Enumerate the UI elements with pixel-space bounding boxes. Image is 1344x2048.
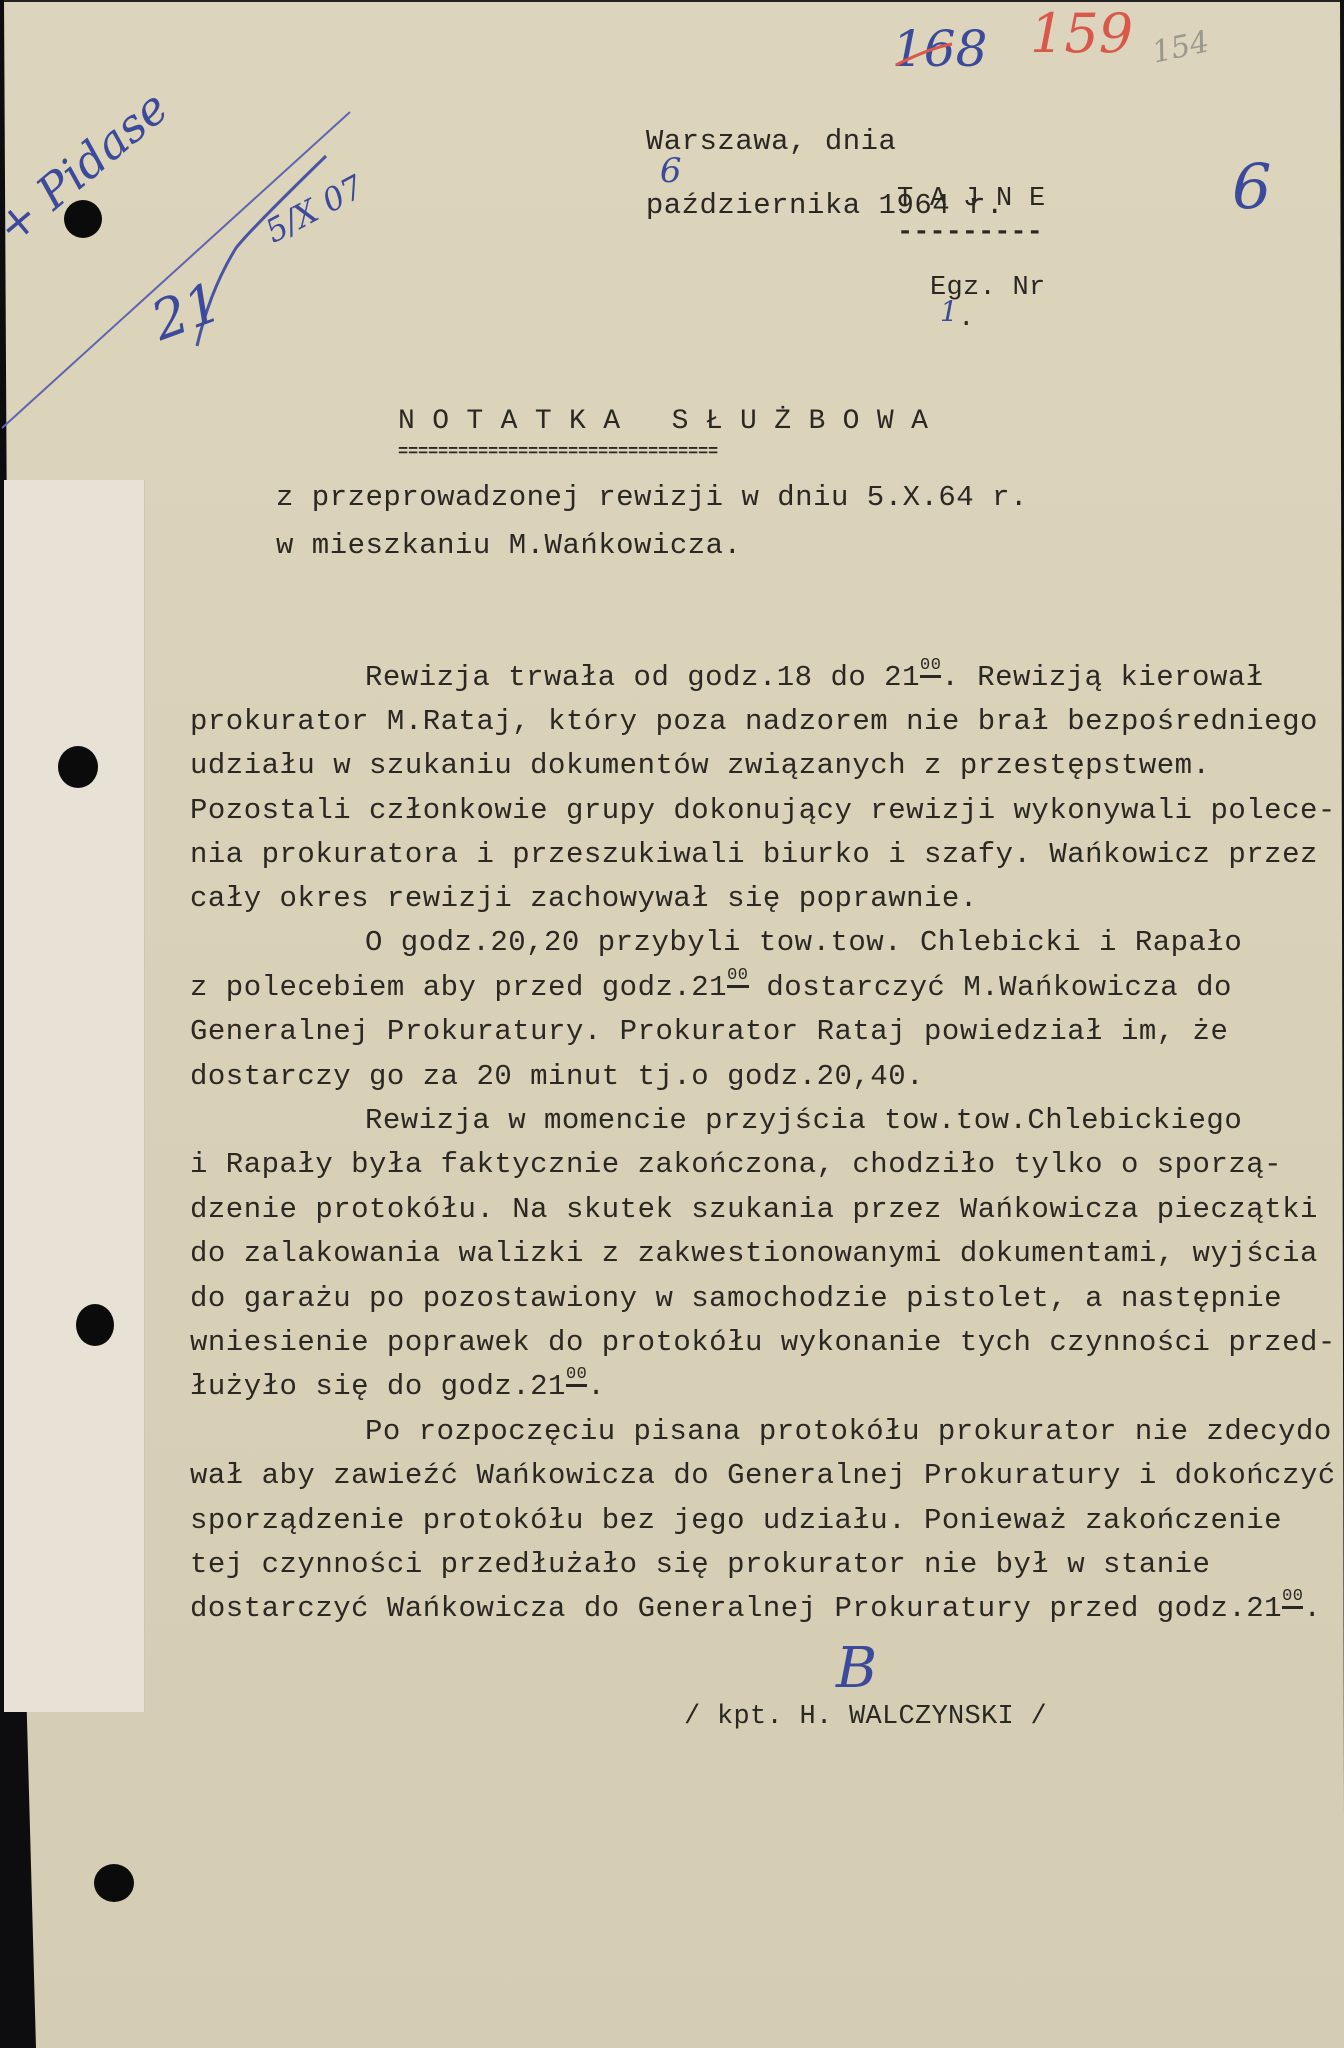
punch-hole-2 bbox=[58, 746, 98, 788]
margin-diagonal-lines bbox=[0, 0, 400, 460]
punch-hole-bottom bbox=[94, 1864, 134, 1902]
body-p3-line-1: Rewizja w momencie przyjścia tow.tow.Chl… bbox=[365, 1106, 1242, 1135]
body-p2-line-1: O godz.20,20 przybyli tow.tow. Chlebicki… bbox=[365, 928, 1242, 957]
copy-number-handwritten: 1 bbox=[930, 295, 958, 328]
p4-line5-text: dostarczyć Wańkowicza do Generalnej Prok… bbox=[190, 1592, 1282, 1625]
body-p2-line-2: z polecebiem aby przed godz.2100 dostarc… bbox=[190, 973, 1232, 1002]
body-p4-line-4: tej czynności przedłużało się prokurator… bbox=[190, 1550, 1210, 1579]
p2-line2-text: z polecebiem aby przed godz.21 bbox=[190, 971, 727, 1004]
body-p1-line-5: nia prokuratora i przeszukiwali biurko i… bbox=[190, 840, 1318, 869]
classification-underline: --------- bbox=[897, 220, 1043, 247]
signature-typed: / kpt. H. WALCZYNSKI / bbox=[684, 1704, 1047, 1731]
page-number-red: 159 bbox=[1030, 2, 1133, 65]
p3-line7-tail: . bbox=[587, 1370, 605, 1403]
binding-strip bbox=[4, 480, 144, 1712]
copy-number: Egz. Nr 1. bbox=[897, 248, 1046, 333]
body-p3-line-5: do garażu po pozostawiony w samochodzie … bbox=[190, 1284, 1282, 1313]
superscript-minutes: 00 bbox=[566, 1365, 587, 1387]
body-p1-line-1: Rewizja trwała od godz.18 do 2100. Rewiz… bbox=[365, 663, 1264, 692]
document-title: N O T A T K A S Ł U Ż B O W A bbox=[398, 408, 928, 436]
copy-suffix: . bbox=[958, 304, 975, 334]
body-p1-line-6: cały okres rewizji zachowywał się popraw… bbox=[190, 884, 978, 913]
p3-line7-text: łużyło się do godz.21 bbox=[190, 1370, 566, 1403]
title-underline: ================================ bbox=[398, 444, 718, 461]
subtitle-line-2: w mieszkaniu M.Wańkowicza. bbox=[276, 531, 741, 560]
body-p3-line-3: dzenie protokółu. Na skutek szukania prz… bbox=[190, 1195, 1318, 1224]
signature-handwritten: B bbox=[836, 1636, 877, 1701]
p4-line5-tail: . bbox=[1303, 1592, 1321, 1625]
p1-line1-tail: . Rewizją kierował bbox=[941, 661, 1263, 694]
p2-line2-tail: dostarczyć M.Wańkowicza do bbox=[749, 971, 1232, 1004]
subtitle-line-1: z przeprowadzonej rewizji w dniu 5.X.64 … bbox=[276, 483, 1028, 512]
body-p2-line-4: dostarczy go za 20 minut tj.o godz.20,40… bbox=[190, 1062, 924, 1091]
body-p1-line-4: Pozostali członkowie grupy dokonujący re… bbox=[190, 796, 1336, 825]
superscript-minutes: 00 bbox=[920, 656, 941, 678]
body-p3-line-2: i Rapały była faktycznie zakończona, cho… bbox=[190, 1150, 1282, 1179]
classification: T A J N E bbox=[897, 186, 1046, 213]
body-p1-line-2: prokurator M.Rataj, który poza nadzorem … bbox=[190, 707, 1318, 736]
margin-number: 6 bbox=[1232, 150, 1271, 223]
body-p2-line-3: Generalnej Prokuratury. Prokurator Rataj… bbox=[190, 1017, 1228, 1046]
body-p3-line-6: wniesienie poprawek do protokółu wykonan… bbox=[190, 1328, 1336, 1357]
body-p4-line-2: wał aby zawieźć Wańkowicza do Generalnej… bbox=[190, 1461, 1336, 1490]
superscript-minutes: 00 bbox=[727, 966, 748, 988]
body-p3-line-4: do zalakowania walizki z zakwestionowany… bbox=[190, 1239, 1318, 1268]
punch-hole-3 bbox=[76, 1304, 114, 1346]
body-p4-line-5: dostarczyć Wańkowicza do Generalnej Prok… bbox=[190, 1594, 1321, 1623]
day-handwritten: 6 bbox=[646, 151, 696, 191]
body-p1-line-3: udziału w szukaniu dokumentów związanych… bbox=[190, 751, 1210, 780]
p1-line1-text: Rewizja trwała od godz.18 do 21 bbox=[365, 661, 920, 694]
body-p4-line-3: sporządzenie protokółu bez jego udziału.… bbox=[190, 1506, 1282, 1535]
superscript-minutes: 00 bbox=[1282, 1587, 1303, 1609]
body-p3-line-7: łużyło się do godz.2100. bbox=[190, 1372, 605, 1401]
body-p4-line-1: Po rozpoczęciu pisana protokółu prokurat… bbox=[365, 1417, 1332, 1446]
